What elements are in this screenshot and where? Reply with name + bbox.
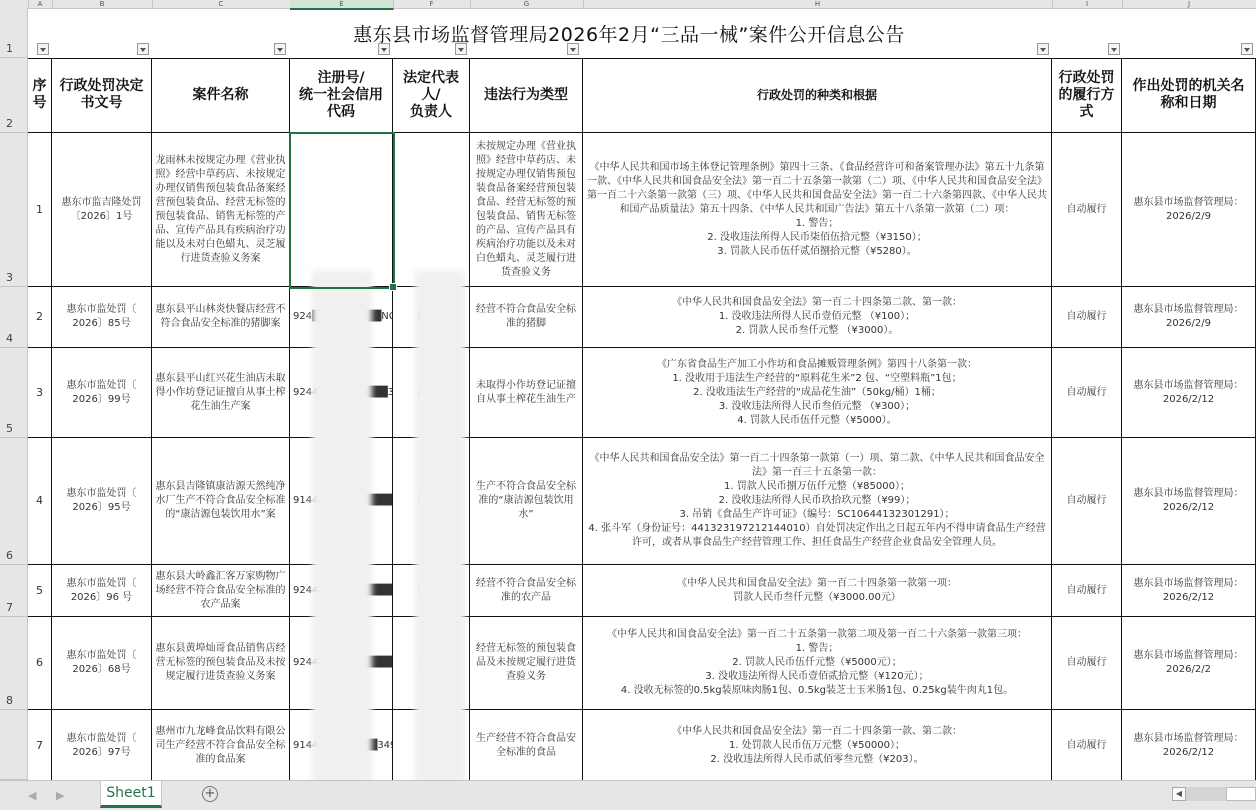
cell-seq[interactable]: 1 — [28, 133, 52, 287]
column-header-g[interactable]: G — [470, 0, 584, 8]
header-penalty-basis[interactable]: 行政处罚的种类和根据 — [583, 58, 1052, 133]
cell-seq[interactable]: 3 — [28, 348, 52, 438]
row-number: 4 — [6, 332, 13, 345]
row-number: 2 — [6, 117, 13, 130]
cell-decision-no[interactable]: 惠东市监处罚〔 2026〕85号 — [52, 287, 152, 348]
cell-decision-no[interactable]: 惠东市监吉隆处罚 〔2026〕1号 — [52, 133, 152, 287]
filter-dropdown-b[interactable] — [137, 43, 149, 55]
cell-violation-type[interactable]: 未取得小作坊登记证擅自从事土榨花生油生产 — [470, 348, 583, 438]
cell-authority-date[interactable]: 惠东县市场监督管理局： 2026/2/9 — [1122, 133, 1256, 287]
column-header-i[interactable]: I — [1052, 0, 1123, 8]
filter-dropdown-e[interactable] — [378, 43, 390, 55]
cell-authority-date[interactable]: 惠东县市场监督管理局： 2026/2/12 — [1122, 438, 1256, 565]
cell-seq[interactable]: 2 — [28, 287, 52, 348]
cell-violation-type[interactable]: 生产经营不符合食品安全标准的食品 — [470, 710, 583, 782]
column-header-f[interactable]: F — [393, 0, 471, 8]
cell-violation-type[interactable]: 经营不符合食品安全标准的猪脚 — [470, 287, 583, 348]
cell-seq[interactable]: 4 — [28, 438, 52, 565]
row-number: 3 — [6, 271, 13, 284]
cell-seq[interactable]: 7 — [28, 710, 52, 782]
cell-case-name[interactable]: 惠东县黄埠灿哥食品销售店经营无标签的预包装食品及未按规定履行进货查验义务案 — [152, 617, 290, 710]
cell-penalty-basis[interactable]: 《中华人民共和国食品安全法》第一百二十四条第一款第（一）项、第二款、《中华人民共… — [583, 438, 1052, 565]
redaction-overlay — [312, 270, 372, 790]
header-case-name[interactable]: 案件名称 — [152, 58, 290, 133]
add-sheet-plus-icon[interactable]: + — [202, 786, 218, 802]
select-all-corner[interactable] — [0, 0, 29, 8]
header-seq[interactable]: 序 号 — [28, 58, 52, 133]
row-number: 1 — [6, 42, 13, 55]
column-header-c[interactable]: C — [152, 0, 291, 8]
row-header-3[interactable]: 3 — [0, 133, 28, 287]
scroll-left-arrow-icon[interactable]: ◀ — [1172, 787, 1186, 801]
filter-dropdown-h[interactable] — [1037, 43, 1049, 55]
filter-dropdown-j[interactable] — [1241, 43, 1253, 55]
column-header-j[interactable]: J — [1122, 0, 1256, 8]
header-performance[interactable]: 行政处罚 的履行方 式 — [1052, 58, 1122, 133]
row-number: 6 — [6, 549, 13, 562]
header-authority-date[interactable]: 作出处罚的机关名 称和日期 — [1122, 58, 1256, 133]
cell-case-name[interactable]: 惠东县吉隆镇康洁源天然纯净水厂生产不符合食品安全标准的“康洁源包装饮用水”案 — [152, 438, 290, 565]
cell-legal-rep[interactable] — [393, 133, 470, 287]
row-number: 5 — [6, 422, 13, 435]
row-header-9[interactable] — [0, 710, 28, 780]
cell-penalty-basis[interactable]: 《中华人民共和国市场主体登记管理条例》第四十三条、《食品经营许可和备案管理办法》… — [583, 133, 1052, 287]
row-header-7[interactable]: 7 — [0, 565, 28, 617]
sheet-title: 惠东县市场监督管理局2026年2月“三品一械”案件公开信息公告 — [290, 8, 968, 58]
filter-dropdown-f[interactable] — [455, 43, 467, 55]
cell-authority-date[interactable]: 惠东县市场监督管理局： 2026/2/12 — [1122, 565, 1256, 617]
cell-authority-date[interactable]: 惠东县市场监督管理局： 2026/2/9 — [1122, 287, 1256, 348]
cell-decision-no[interactable]: 惠东市监处罚〔 2026〕68号 — [52, 617, 152, 710]
cell-performance[interactable]: 自动履行 — [1052, 710, 1122, 782]
cell-decision-no[interactable]: 惠东市监处罚〔 2026〕97号 — [52, 710, 152, 782]
cell-violation-type[interactable]: 经营无标签的预包装食品及未按规定履行进货查验义务 — [470, 617, 583, 710]
cell-seq[interactable]: 5 — [28, 565, 52, 617]
header-violation-type[interactable]: 违法行为类型 — [470, 58, 583, 133]
column-header-h[interactable]: H — [583, 0, 1053, 8]
cell-penalty-basis[interactable]: 《中华人民共和国食品安全法》第一百二十四条第二款、第一款： 1. 没收违法所得人… — [583, 287, 1052, 348]
scroll-track[interactable] — [1186, 787, 1226, 801]
cell-performance[interactable]: 自动履行 — [1052, 565, 1122, 617]
cell-performance[interactable]: 自动履行 — [1052, 438, 1122, 565]
cell-authority-date[interactable]: 惠东县市场监督管理局： 2026/2/2 — [1122, 617, 1256, 710]
cell-case-name[interactable]: 惠东县大岭鑫汇客万家购物广场经营不符合食品安全标准的农产品案 — [152, 565, 290, 617]
cell-case-name[interactable]: 龙雨林未按规定办理《营业执照》经营中草药店、未按规定办理仅销售预包装食品备案经营… — [152, 133, 290, 287]
cell-authority-date[interactable]: 惠东县市场监督管理局： 2026/2/12 — [1122, 348, 1256, 438]
cell-violation-type[interactable]: 经营不符合食品安全标准的农产品 — [470, 565, 583, 617]
column-header-a[interactable]: A — [28, 0, 53, 8]
sheet-tab-sheet1[interactable]: Sheet1 — [100, 781, 162, 808]
prev-sheet-arrow-icon[interactable]: ◀ — [28, 789, 36, 802]
row-number: 7 — [6, 601, 13, 614]
cell-performance[interactable]: 自动履行 — [1052, 287, 1122, 348]
row-header-1[interactable]: 1 — [0, 8, 28, 58]
cell-decision-no[interactable]: 惠东市监处罚〔 2026〕96 号 — [52, 565, 152, 617]
row-number: 8 — [6, 694, 13, 707]
header-decision-no[interactable]: 行政处罚决定 书文号 — [52, 58, 152, 133]
scroll-thumb[interactable] — [1226, 787, 1256, 801]
cell-performance[interactable]: 自动履行 — [1052, 133, 1122, 287]
cell-decision-no[interactable]: 惠东市监处罚〔 2026〕99号 — [52, 348, 152, 438]
cell-penalty-basis[interactable]: 《中华人民共和国食品安全法》第一百二十四条第一款、第二款： 1. 处罚款人民币伍… — [583, 710, 1052, 782]
column-header-b[interactable]: B — [52, 0, 153, 8]
cell-violation-type[interactable]: 生产不符合食品安全标准的“康洁源包装饮用水” — [470, 438, 583, 565]
sheet-tab-bar: ◀ ▶ Sheet1 + ◀ — [0, 780, 1256, 810]
cell-authority-date[interactable]: 惠东县市场监督管理局： 2026/2/12 — [1122, 710, 1256, 782]
header-legal-rep[interactable]: 法定代表 人/ 负责人 — [393, 58, 470, 133]
row-header-6[interactable]: 6 — [0, 438, 28, 565]
cell-violation-type[interactable]: 未按规定办理《营业执照》经营中草药店、未按规定办理仅销售预包装食品备案经营预包装… — [470, 133, 583, 287]
cell-penalty-basis[interactable]: 《中华人民共和国食品安全法》第一百二十四条第一款第一项： 罚款人民币叁仟元整（¥… — [583, 565, 1052, 617]
filter-dropdown-i[interactable] — [1108, 43, 1120, 55]
filter-dropdown-c[interactable] — [274, 43, 286, 55]
next-sheet-arrow-icon[interactable]: ▶ — [56, 789, 64, 802]
cell-decision-no[interactable]: 惠东市监处罚〔 2026〕95号 — [52, 438, 152, 565]
row-header-2[interactable]: 2 — [0, 58, 28, 133]
cell-performance[interactable]: 自动履行 — [1052, 348, 1122, 438]
row-header-4[interactable]: 4 — [0, 287, 28, 348]
cell-performance[interactable]: 自动履行 — [1052, 617, 1122, 710]
cell-case-name[interactable]: 惠州市九龙峰食品饮料有限公司生产经营不符合食品安全标准的食品案 — [152, 710, 290, 782]
header-reg-code[interactable]: 注册号/ 统一社会信用 代码 — [290, 58, 393, 133]
row-header-5[interactable]: 5 — [0, 348, 28, 438]
redaction-overlay — [415, 270, 465, 790]
cell-case-name[interactable]: 惠东县平山林炎快餐店经营不符合食品安全标准的猪脚案 — [152, 287, 290, 348]
horizontal-scrollbar[interactable]: ◀ — [1172, 787, 1256, 801]
cell-penalty-basis[interactable]: 《广东省食品生产加工小作坊和食品摊贩管理条例》第四十八条第一款： 1. 没收用于… — [583, 348, 1052, 438]
filter-dropdown-a[interactable] — [37, 43, 49, 55]
cell-penalty-basis[interactable]: 《中华人民共和国食品安全法》第一百二十五条第一款第二项及第一百二十六条第一款第三… — [583, 617, 1052, 710]
cell-seq[interactable]: 6 — [28, 617, 52, 710]
row-header-8[interactable]: 8 — [0, 617, 28, 710]
cell-reg-code[interactable] — [290, 133, 393, 287]
filter-dropdown-g[interactable] — [567, 43, 579, 55]
cell-case-name[interactable]: 惠东县平山红兴花生油店未取得小作坊登记证擅自从事土榨花生油生产案 — [152, 348, 290, 438]
